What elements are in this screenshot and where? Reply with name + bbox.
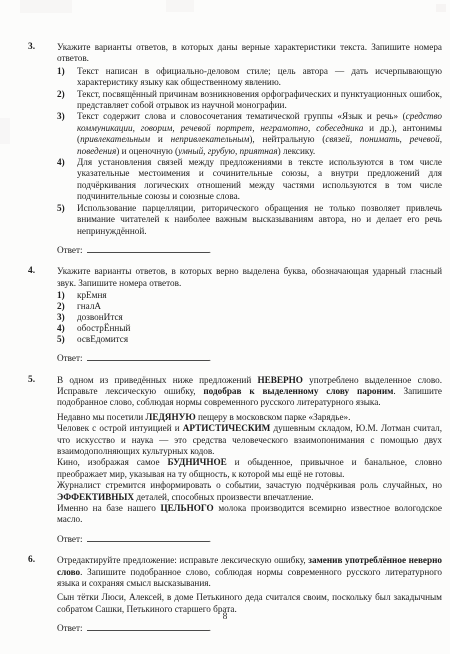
- text-run: освЕдомится: [77, 334, 128, 344]
- text-run: Именно на базе нашего: [57, 503, 161, 513]
- question-5: 5.В одном из приведённых ниже предложени…: [28, 375, 442, 546]
- text-run: дозвонИтся: [77, 312, 123, 322]
- italic-text: непривлекательным: [171, 134, 250, 144]
- text-run: гналА: [77, 301, 101, 311]
- page-number: 8: [0, 612, 450, 622]
- example-sentence: Именно на базе нашего ЦЕЛЬНОГО молока пр…: [57, 503, 442, 526]
- scan-smudge: [436, 4, 446, 12]
- text-run: деталей, способных произвести впечатлени…: [134, 492, 313, 502]
- text-run: Для установления связей между предложени…: [77, 157, 442, 201]
- bold-text: ЭФФЕКТИВНЫХ: [57, 492, 134, 502]
- answer-option: 5)Использование парцелляции, риторическо…: [57, 203, 442, 237]
- answer-option: 3)Текст содержит слова и словосочетания …: [57, 111, 442, 157]
- example-sentence: Недавно мы посетили ЛЕДЯНУЮ пещеру в мос…: [57, 412, 442, 423]
- text-run: ), нейтральную (: [249, 134, 325, 144]
- text-run: . Запишите подобранное слово, соблюдая н…: [57, 567, 442, 588]
- answer-row: Ответ:.: [57, 351, 442, 364]
- answer-option: 5)освЕдомится: [57, 334, 442, 345]
- question-body: Укажите варианты ответов, в которых верн…: [57, 266, 442, 364]
- answer-label: Ответ:: [57, 245, 83, 255]
- question-intro: Укажите варианты ответов, в которых верн…: [57, 266, 442, 289]
- question-number: 4.: [28, 266, 57, 364]
- option-number: 1): [57, 66, 77, 89]
- text-run: Кино, изображая самое: [57, 457, 167, 467]
- option-number: 5): [57, 334, 77, 345]
- text-run: ) лексику.: [278, 146, 316, 156]
- example-sentence: Журналист стремится информировать о собы…: [57, 480, 442, 503]
- text-run: Отредактируйте предложение: исправьте ле…: [57, 555, 308, 565]
- text-run: Укажите варианты ответов, в которых даны…: [57, 42, 442, 63]
- option-number: 4): [57, 323, 77, 334]
- bold-text: ЛЕДЯНУЮ: [146, 412, 196, 422]
- answer-option: 4)Для установления связей между предложе…: [57, 157, 442, 203]
- question-3: 3.Укажите варианты ответов, в которых да…: [28, 42, 442, 256]
- option-number: 3): [57, 111, 77, 157]
- example-sentence: Кино, изображая самое БУДНИЧНОЕ и обыден…: [57, 457, 442, 480]
- question-body: Отредактируйте предложение: исправьте ле…: [57, 555, 442, 634]
- answer-option: 3)дозвонИтся: [57, 312, 442, 323]
- text-run: и: [150, 134, 171, 144]
- option-text: Использование парцелляции, риторического…: [77, 203, 442, 237]
- option-text: Текст, посвящённый причинам возникновени…: [77, 89, 442, 112]
- text-run: Человек с острой интуицией и: [57, 423, 183, 433]
- answer-period: .: [209, 245, 211, 255]
- option-number: 2): [57, 89, 77, 112]
- question-intro: Укажите варианты ответов, в которых даны…: [57, 42, 442, 65]
- italic-text: привлекательным: [80, 134, 150, 144]
- answer-option: 1)крЕмня: [57, 290, 442, 301]
- bold-text: подобрав к выделенному слову пароним: [203, 386, 393, 396]
- question-6: 6.Отредактируйте предложение: исправьте …: [28, 555, 442, 634]
- scanned-exam-page: 3.Укажите варианты ответов, в которых да…: [0, 0, 450, 654]
- text-run: пещеру в московском парке «Зарядье».: [196, 412, 351, 422]
- example-sentences: Недавно мы посетили ЛЕДЯНУЮ пещеру в мос…: [57, 412, 442, 526]
- answer-row: Ответ:.: [57, 621, 442, 634]
- text-run: Недавно мы посетили: [57, 412, 146, 422]
- option-number: 5): [57, 203, 77, 237]
- option-text: дозвонИтся: [77, 312, 442, 323]
- answer-option: 4)обострЁнный: [57, 323, 442, 334]
- option-number: 2): [57, 301, 77, 312]
- questions-container: 3.Укажите варианты ответов, в которых да…: [28, 42, 442, 645]
- italic-text: умный, грубую, приятная: [178, 146, 278, 156]
- answer-blank-line: [87, 243, 209, 253]
- scan-smudge: [0, 118, 10, 144]
- question-body: Укажите варианты ответов, в которых даны…: [57, 42, 442, 256]
- text-run: Текст содержит слова и словосочетания те…: [77, 111, 406, 121]
- text-run: Сын тётки Люси, Алексей, в доме Петькино…: [57, 592, 442, 613]
- option-number: 4): [57, 157, 77, 203]
- answer-period: .: [209, 353, 211, 363]
- option-number: 1): [57, 290, 77, 301]
- option-text: Для установления связей между предложени…: [77, 157, 442, 203]
- option-text: обострЁнный: [77, 323, 442, 334]
- answer-label: Ответ:: [57, 353, 83, 363]
- text-run: Укажите варианты ответов, в которых верн…: [57, 266, 442, 287]
- text-run: В одном из приведённых ниже предложений: [57, 375, 258, 385]
- answer-blank-line: [87, 532, 209, 542]
- answer-blank-line: [87, 621, 209, 631]
- option-text: Текст содержит слова и словосочетания те…: [77, 111, 442, 157]
- option-text: освЕдомится: [77, 334, 442, 345]
- answer-option: 2)гналА: [57, 301, 442, 312]
- text-run: обострЁнный: [77, 323, 130, 333]
- options-list: 1)крЕмня2)гналА3)дозвонИтся4)обострЁнный…: [57, 290, 442, 345]
- text-run: Текст, посвящённый причинам возникновени…: [77, 89, 442, 110]
- bold-text: АРТИСТИЧЕСКИМ: [183, 423, 271, 433]
- option-text: крЕмня: [77, 290, 442, 301]
- question-number: 5.: [28, 375, 57, 546]
- question-body: В одном из приведённых ниже предложений …: [57, 375, 442, 546]
- question-intro: Отредактируйте предложение: исправьте ле…: [57, 555, 442, 589]
- question-number: 3.: [28, 42, 57, 256]
- answer-period: .: [209, 623, 211, 633]
- option-number: 3): [57, 312, 77, 323]
- answer-row: Ответ:.: [57, 532, 442, 545]
- answer-row: Ответ:.: [57, 243, 442, 256]
- text-run: крЕмня: [77, 290, 107, 300]
- answer-label: Ответ:: [57, 623, 83, 633]
- text-run: Журналист стремится информировать о собы…: [57, 480, 442, 490]
- question-4: 4.Укажите варианты ответов, в которых ве…: [28, 266, 442, 364]
- bold-text: БУДНИЧНОЕ: [167, 457, 226, 467]
- scan-smudge: [166, 0, 194, 12]
- answer-option: 2)Текст, посвящённый причинам возникнове…: [57, 89, 442, 112]
- answer-option: 1)Текст написан в официально-деловом сти…: [57, 66, 442, 89]
- bold-text: НЕВЕРНО: [258, 375, 303, 385]
- answer-period: .: [209, 534, 211, 544]
- example-sentence: Человек с острой интуицией и АРТИСТИЧЕСК…: [57, 423, 442, 457]
- text-run: ) и оценочную (: [116, 146, 178, 156]
- answer-blank-line: [87, 351, 209, 361]
- answer-label: Ответ:: [57, 534, 83, 544]
- scan-smudge: [20, 0, 72, 13]
- option-text: гналА: [77, 301, 442, 312]
- question-number: 6.: [28, 555, 57, 634]
- option-text: Текст написан в официально-деловом стиле…: [77, 66, 442, 89]
- question-intro: В одном из приведённых ниже предложений …: [57, 375, 442, 409]
- text-run: Использование парцелляции, риторического…: [77, 203, 442, 236]
- bold-text: ЦЕЛЬНОГО: [161, 503, 214, 513]
- options-list: 1)Текст написан в официально-деловом сти…: [57, 66, 442, 237]
- text-run: Текст написан в официально-деловом стиле…: [77, 66, 442, 87]
